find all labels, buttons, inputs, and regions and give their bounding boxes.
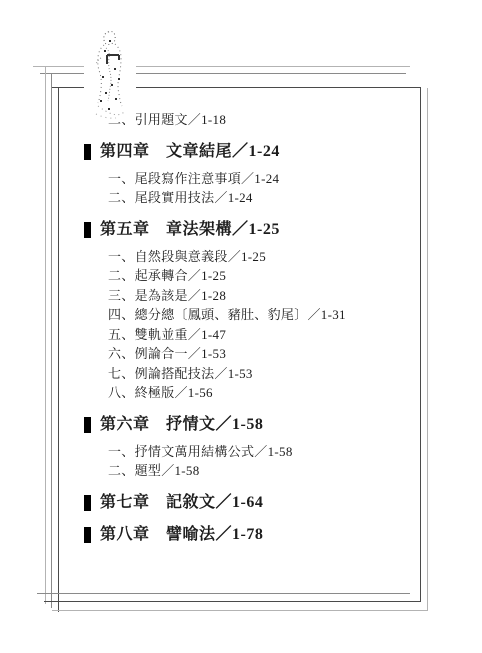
toc-page: 二、引用題文／1-18第四章 文章結尾／1-24一、尾段寫作注意事項／1-24二… — [0, 0, 482, 653]
toc-entry-label: 一、自然段與意義段／1-25 — [108, 249, 266, 264]
toc-sub-entry: 四、總分總〔鳳頭、豬肚、豹尾〕／1-31 — [84, 305, 424, 325]
toc-entry-label: 二、尾段實用技法／1-24 — [108, 190, 253, 205]
toc-sub-entry: 五、雙軌並重／1-47 — [84, 325, 424, 345]
ink-figure-icon — [84, 28, 136, 122]
chapter-marker-bar-icon — [84, 527, 91, 543]
toc-entry-label: 二、題型／1-58 — [108, 463, 200, 478]
toc-sub-entry: 六、例論合一／1-53 — [84, 344, 424, 364]
toc-entry-label: 一、抒情文萬用結構公式／1-58 — [108, 444, 293, 459]
toc-entry-label: 第四章 文章結尾／1-24 — [100, 142, 280, 162]
toc-entry-label: 六、例論合一／1-53 — [108, 346, 226, 361]
decorative-figure-stamp — [84, 28, 136, 122]
toc-entry-label: 第八章 譬喻法／1-78 — [100, 525, 263, 545]
toc-chapter-entry: 第六章 抒情文／1-58 — [84, 415, 424, 435]
frame-line-bottom-upper — [37, 593, 410, 594]
toc-chapter-entry: 第五章 章法架構／1-25 — [84, 220, 424, 240]
toc-entry-label: 二、起承轉合／1-25 — [108, 268, 226, 283]
toc-entry-label: 七、例論搭配技法／1-53 — [108, 366, 253, 381]
toc-entry-label: 第五章 章法架構／1-25 — [100, 220, 280, 240]
toc-chapter-entry: 第四章 文章結尾／1-24 — [84, 142, 424, 162]
toc-entry-label: 八、終極版／1-56 — [108, 385, 213, 400]
frame-line-left-outer — [45, 66, 46, 604]
toc-sub-entry: 二、題型／1-58 — [84, 461, 424, 481]
toc-entry-label: 三、是為該是／1-28 — [108, 288, 226, 303]
toc-entry-label: 第六章 抒情文／1-58 — [100, 415, 263, 435]
toc-sub-entry: 二、起承轉合／1-25 — [84, 266, 424, 286]
toc-sub-entry: 七、例論搭配技法／1-53 — [84, 364, 424, 384]
toc-sub-entry: 一、抒情文萬用結構公式／1-58 — [84, 442, 424, 462]
frame-line-bottom-outer — [52, 610, 428, 611]
toc-chapter-entry: 第八章 譬喻法／1-78 — [84, 525, 424, 545]
toc-chapter-entry: 第七章 記敘文／1-64 — [84, 493, 424, 513]
frame-line-left-inner — [58, 87, 59, 612]
toc-sub-entry: 二、尾段實用技法／1-24 — [84, 188, 424, 208]
frame-line-right-outer — [427, 88, 428, 611]
toc-entry-label: 第七章 記敘文／1-64 — [100, 493, 263, 513]
toc-entry-label: 五、雙軌並重／1-47 — [108, 327, 226, 342]
toc-sub-entry: 一、自然段與意義段／1-25 — [84, 247, 424, 267]
chapter-marker-bar-icon — [84, 417, 91, 433]
toc-entry-label: 一、尾段寫作注意事項／1-24 — [108, 171, 279, 186]
chapter-marker-bar-icon — [84, 144, 91, 160]
chapter-marker-bar-icon — [84, 495, 91, 511]
toc-list: 二、引用題文／1-18第四章 文章結尾／1-24一、尾段寫作注意事項／1-24二… — [84, 110, 424, 552]
frame-line-left-middle — [51, 73, 52, 608]
toc-sub-entry: 八、終極版／1-56 — [84, 383, 424, 403]
toc-sub-entry: 三、是為該是／1-28 — [84, 286, 424, 306]
chapter-marker-bar-icon — [84, 222, 91, 238]
toc-entry-label: 四、總分總〔鳳頭、豬肚、豹尾〕／1-31 — [108, 307, 346, 322]
toc-sub-entry: 一、尾段寫作注意事項／1-24 — [84, 169, 424, 189]
frame-line-bottom-inner — [44, 601, 421, 602]
